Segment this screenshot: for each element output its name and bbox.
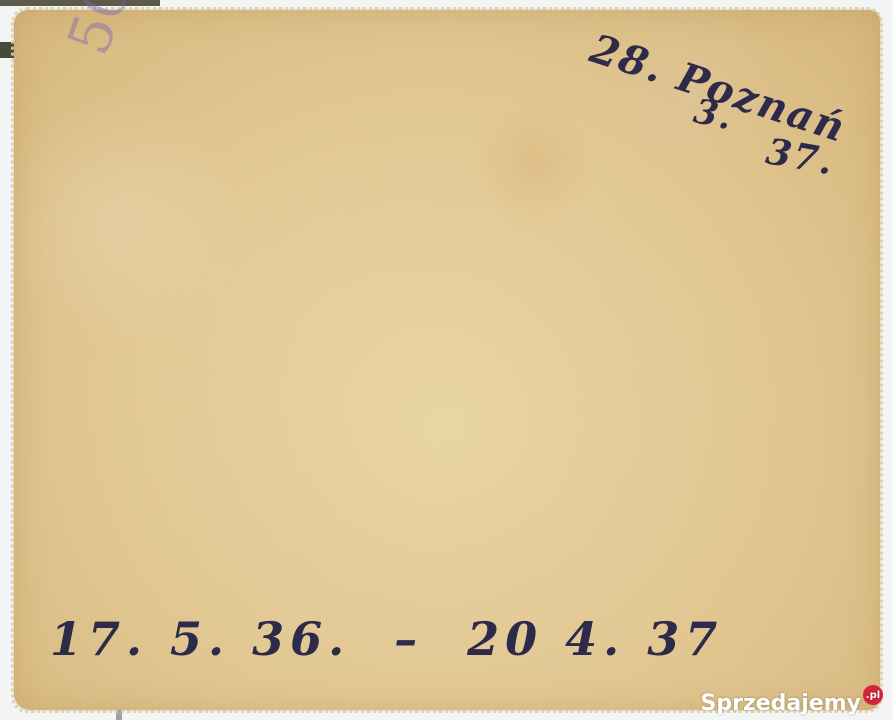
watermark-brand: Sprzedajemy: [701, 691, 862, 716]
faint-stamp-mark: 50: [54, 0, 143, 63]
note-month: 3.: [690, 91, 737, 138]
image-stage: 50 28. Poznań 3. 37. 17. 5. 36. – 20 4. …: [0, 0, 893, 720]
date-range: 17. 5. 36. – 20 4. 37: [50, 612, 745, 666]
date-to: 20 4. 37: [467, 612, 723, 666]
date-separator: –: [394, 612, 423, 666]
watermark-logo: Sprzedajemy .pl: [701, 691, 884, 716]
watermark-tld-badge: .pl: [863, 685, 883, 705]
photo-card-back: 50 28. Poznań 3. 37. 17. 5. 36. – 20 4. …: [14, 10, 880, 710]
date-from: 17. 5. 36.: [50, 612, 350, 666]
